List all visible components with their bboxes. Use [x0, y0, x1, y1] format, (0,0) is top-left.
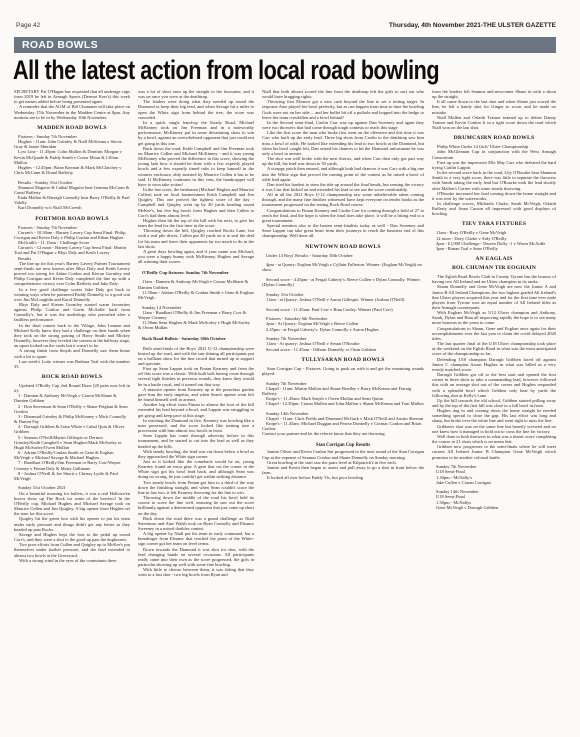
fixture-line: Chapel - 12.30pm: Ciaran Mullen and John… — [262, 401, 424, 406]
section-heading: BOL CHUMAN TIR EOGHAIN — [432, 265, 556, 271]
fixture-line: 7 - Ruadhari O'Reilly/Jim Freeman or Bar… — [14, 460, 130, 470]
fixture-line: 11am - Damien & Anthony McVeigh v Ciaron… — [138, 279, 254, 289]
paragraph: Back down the road there was a grand cha… — [138, 516, 254, 531]
paragraph: In a few good challenge scores Jake Daly… — [14, 287, 130, 302]
paragraph: Stan Corrigan Cup - Fixtures. Going to p… — [262, 366, 424, 376]
paragraph: Defending U18 champion Darragh Gribben f… — [432, 357, 556, 372]
sub-heading-centered: Stan Corrigan Cup Results — [262, 443, 424, 448]
paragraph: With a strong wind in the eyes of the co… — [14, 558, 130, 563]
fixture-line: Hughes - 12.45pm: Brian Kiernan & Mark M… — [14, 165, 130, 175]
fixture-line: Curran's - 10.30am - Barney Lavery Cup S… — [14, 230, 130, 240]
paragraph: Two poor efforts from Cullen and Quigley… — [14, 542, 130, 557]
section-heading: MADDEN ROAD BOWLS — [14, 125, 130, 131]
paragraph: On a beautiful morning for bullets, it w… — [14, 491, 130, 517]
paragraph: was a lot of short ones up the straight … — [138, 89, 254, 99]
paragraph: The Eglish Road Bowls Club in County Tyr… — [432, 274, 556, 284]
paragraph: First up Sean Lappin took on Fintan Kear… — [138, 366, 254, 387]
paragraph: Up the hill towards the old school, Grib… — [432, 398, 556, 408]
paragraph: Throwing down the middle of the road his… — [138, 495, 254, 516]
paragraph: In the second score back in the road, Li… — [432, 170, 556, 191]
spacer — [262, 437, 424, 442]
spacer — [138, 330, 254, 335]
fixture-line: Second score - 4.45pm - at Fergal Cahert… — [262, 277, 424, 287]
section-heading: PORTMOR ROAD BOWLS — [14, 216, 130, 222]
paragraph: The leaders were doing what they needed … — [138, 99, 254, 120]
section-banner-label: ROAD BOWLS — [14, 39, 98, 51]
paragraph: Jamsie Oliver and Kevin Conlon Snr progr… — [262, 449, 424, 459]
fixture-line: Shannon Maguire & Cathal Maguire beat Ge… — [14, 185, 130, 195]
paragraph: Congratulations to Fintan Kearney and Ca… — [262, 208, 424, 223]
fixture-line: Low Line - 11.45pm: Colin Mallon & Domin… — [14, 149, 130, 164]
paragraph: Last week's Lotto winner was Barbara Toa… — [14, 359, 130, 369]
newspaper-page: Page 42 Thursday, 4th November 2021-THE … — [0, 0, 580, 737]
paragraph: Quigley hit the green box with his opene… — [14, 516, 130, 531]
paragraph: A scrappy patch then ensued, and althoug… — [262, 166, 424, 181]
section-heading: DRUMCAIRN ROAD BOWLS — [432, 135, 556, 141]
paragraph: A strong finish from Smyth and Donnelly … — [14, 348, 130, 358]
fixture-line: Hughes - 11am: John Grimley & Niall McKe… — [14, 139, 130, 149]
paragraph: SECRETARY Pat O'Hagan has requested that… — [14, 89, 130, 104]
fixture-line: 2 - Don Stevenson & Sean O'Reilly v Shan… — [14, 404, 130, 414]
paragraph: The line up for this year's Barney Laver… — [14, 261, 130, 287]
paragraph: Rhys Daly and Kieran Gormley started war… — [14, 302, 130, 323]
section-heading: ROCK ROAD BOWLS — [14, 374, 130, 380]
fixture-line: 4 - Darragh Gribben & Liam White v Cahal… — [14, 424, 130, 434]
paragraph: Throwing down the hill, Quigley reached … — [138, 228, 254, 249]
fixture-line: 11.50am Sean Hughes & Mark McSorley v Hu… — [138, 320, 254, 330]
paragraph: The shot was well broke with the next th… — [262, 156, 424, 166]
paragraph: In challenge scores, Michaela Clarke, Sa… — [432, 201, 556, 216]
section-banner: ROAD BOWLS — [14, 37, 556, 53]
paragraph: Dan tried his hardest to stem the tide u… — [262, 182, 424, 192]
paragraph: Gribben's shot was on the same line but … — [432, 424, 556, 434]
fixture-line: 8 - Joshua O'Neill & Joe Shortt v Chriss… — [14, 471, 130, 481]
paragraph: Like the first score the man who broke f… — [262, 130, 424, 156]
body-columns: SECRETARY Pat O'Hagan has requested that… — [14, 89, 556, 578]
paragraph: A big opener by Niall put his team in ea… — [138, 531, 254, 546]
paragraph: Down towards the Diamond it was shot for… — [138, 547, 254, 568]
fixture-line: 11am - at Quarry: Joshua O'Neill v Aaron… — [262, 297, 424, 302]
paragraph: It all came down to the last shot and wh… — [432, 99, 556, 114]
paragraph: Two steady bowls from Fintan got him to … — [138, 480, 254, 495]
fixture-line: 3 - Diarmuid Grimley & Philip McKinney v… — [14, 414, 130, 424]
paragraph: In reaching the Diamond in five, Kearney… — [138, 418, 254, 433]
paragraph: In a quick single hand-up the Keady Road… — [138, 120, 254, 146]
paragraph: A massive opener from Kearney up to the … — [138, 387, 254, 402]
headline-text: All the latest action from local road bo… — [13, 55, 461, 85]
paragraph: Back down the road, Keith Campbell and J… — [138, 146, 254, 187]
spacer — [138, 264, 254, 269]
page-number: Page 42 — [16, 22, 40, 29]
paragraph: Niall Mullen and Orlaith Trainor teamed … — [432, 115, 556, 130]
fixture-line: Curran's - 12 noon - Barney Lavery Cup S… — [14, 245, 130, 255]
fixture-line: Second score - 11.45am - Odhran Donnelly… — [262, 347, 424, 352]
fixture-line: 4pm - at Quarry: Eoghan McVeigh v Cyllai… — [262, 262, 424, 272]
fixture-line: Knipe's - 11.45am: Michael Duggan and Pe… — [262, 421, 424, 431]
fixture-line: Gene McVeigh v Darragh Gribben — [432, 505, 556, 510]
paragraph: Congratulations to Shaun, Gene and Eogha… — [432, 326, 556, 341]
paragraph: In the Second semi-final, Caolin Carr wa… — [262, 120, 424, 130]
paragraph: Both semi-finals of the Boys' 2021 U-12 … — [138, 346, 254, 367]
paragraph: All in all the 2021 Boys U-12 championsh… — [262, 192, 424, 207]
paragraph: Hughes dug in and coming down the home s… — [432, 408, 556, 423]
section-heading: TULLYSARAN ROAD BOWLS — [262, 357, 424, 363]
paragraph: First up was the impressive Elle May Car… — [432, 160, 556, 170]
page-folio: Page 42 Thursday, 4th November 2021-THE … — [16, 22, 556, 29]
fixture-line: 11.50am - Adrian O'Reilly & Conlan Smith… — [138, 290, 254, 300]
paragraph: In the last score, the herdsmen (Michael… — [138, 187, 254, 218]
column-4: from the leaders left Seamus and newcome… — [432, 89, 556, 578]
paragraph: Updated O'Reilly Cup 2nd Round Draw (20 … — [14, 383, 130, 393]
fixture-line: Enda Mallon & Darragh Connolly beat Barr… — [14, 195, 130, 205]
column-2: was a lot of short ones up the straight … — [138, 89, 254, 578]
paragraph: O'Rourke increased her lead coming down … — [432, 191, 556, 201]
fixture-line: Karl Donnelly w/o Niall McCreesh — [14, 205, 130, 210]
section-heading: AN EAGLAIS — [432, 256, 556, 262]
paragraph: Well done to both throwers in what was a… — [432, 434, 556, 444]
paragraph: A reminder that the AGM of Ból Chumann w… — [14, 104, 130, 119]
fixture-line: 6 - Adrian O'Reilly/Conlan Smith or Gene… — [14, 450, 130, 460]
section-heading: TIEV TARA FIXTURES — [432, 221, 556, 227]
paragraph: John McGlennan Cup in conjunction with t… — [432, 149, 556, 159]
paragraph: Jamsie and Kevin then began to assert an… — [262, 465, 424, 475]
fixture-line: 5 - Seamus O'Neill/Martin Gillespie or D… — [14, 435, 130, 450]
paragraph: With Eoghan McVeigh as U12 Ulster champi… — [432, 310, 556, 325]
paragraph: With steady bowling, the lead was cut do… — [138, 449, 254, 459]
fixture-line: 1 - Damian & Anthony McVeigh v Ciaron Mc… — [14, 393, 130, 403]
paragraph: Gribben now progresses to the semi-final… — [432, 444, 556, 459]
column-1: SECRETARY Pat O'Hagan has requested that… — [14, 89, 130, 578]
paragraph: Darragh Gribben got off to the best star… — [432, 372, 556, 398]
paragraph: The last quarter final of the U18 Ulster… — [432, 341, 556, 356]
paragraph: In the final contest back to the Village… — [14, 323, 130, 349]
paragraph: from the leaders left Seamus and newcome… — [432, 89, 556, 99]
paragraph: With little to choose between them, it w… — [138, 567, 254, 577]
date-line: Thursday, 4th November 2021-THE ULSTER G… — [389, 22, 556, 29]
paragraph: Just as it looked like the comeback woul… — [138, 459, 254, 480]
fixture-line: 11am - Ruadhari O'Reilly & Jim Freeman v… — [138, 310, 254, 320]
paragraph: Sean Lappin has come through adversity b… — [138, 433, 254, 448]
paragraph: Shaun Donnelly and Gene McVeigh are now … — [432, 284, 556, 310]
paragraph: Niall that both almost scored the line f… — [262, 89, 424, 99]
paragraph: It looked all over before Paddy 'Os, but… — [262, 475, 424, 480]
paragraph: Special mention also to the beaten semi-… — [262, 223, 424, 238]
fixture-line: Chapel - 11am: Martin Mallon and Shane B… — [262, 386, 424, 396]
column-3: Niall that both almost scored the line f… — [262, 89, 424, 578]
fixture-line: 3pm - Ronan Toal v Sean O'Reilly — [432, 246, 556, 251]
headline: All the latest action from local road bo… — [13, 55, 573, 85]
paragraph: A great days bowling again, and if your … — [138, 249, 254, 264]
paragraph: Throwing first Eleanor got a nice curb b… — [262, 99, 424, 120]
paragraph: Savage and Hughes kept the foot to the p… — [14, 532, 130, 542]
section-heading: NEWTOWN ROAD BOWLS — [262, 244, 424, 250]
paragraph: Hughes then hit the top of the hill with… — [138, 218, 254, 228]
paragraph: Another big effort from Fintan to almost… — [138, 402, 254, 417]
